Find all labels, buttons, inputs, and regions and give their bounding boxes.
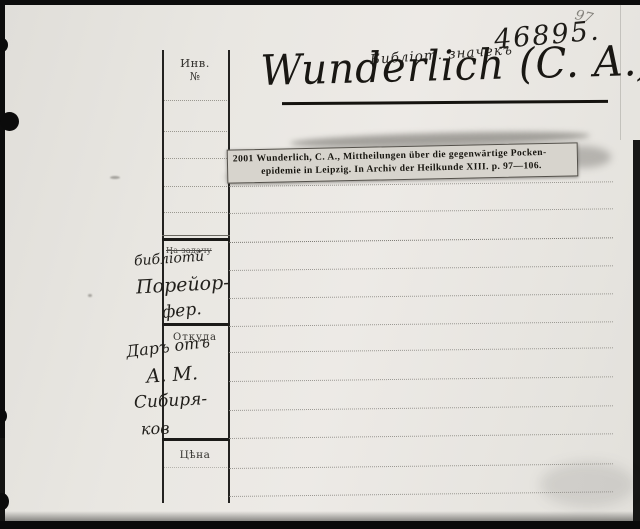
inventory-label: Инв. [162,56,228,70]
scan-edge-top [0,0,640,5]
column-rule [164,158,227,159]
source-entry-line-2: А. М. [145,364,198,387]
paper-speck [110,176,120,179]
slip-entry-number: 2001 [233,153,254,164]
column-rule [164,131,227,132]
punch-dot-2 [0,112,19,131]
section-divider-1 [162,238,230,241]
paper-speck [88,294,92,297]
section-divider-thin [162,235,230,236]
source-entry-line-4: ков [141,421,170,438]
column-rule [164,186,227,187]
stamp-entry-line-3: фер. [161,301,202,322]
source-entry-line-3: Сибиря- [134,391,208,412]
section-divider-3 [162,438,230,441]
stamp-entry-line-2: Порейор- [136,274,231,298]
inventory-number-sign: № [162,70,228,83]
column-rule [164,100,227,101]
column-rule [164,212,227,213]
author-name: Wunderlich (C. A.) [260,40,640,92]
column-rule [164,467,227,468]
scan-smudge [540,462,635,507]
scan-bottom-shadow [0,511,640,521]
price-label: Цѣна [162,449,228,461]
section-divider-2 [162,323,230,326]
scan-edge-left [0,0,5,438]
scanned-catalog-card-page: Инв. № На задачу Откуда Цѣна 97 Библіот.… [0,0,640,529]
scan-edge-bottom [0,521,640,529]
scan-edge-right [633,140,640,521]
